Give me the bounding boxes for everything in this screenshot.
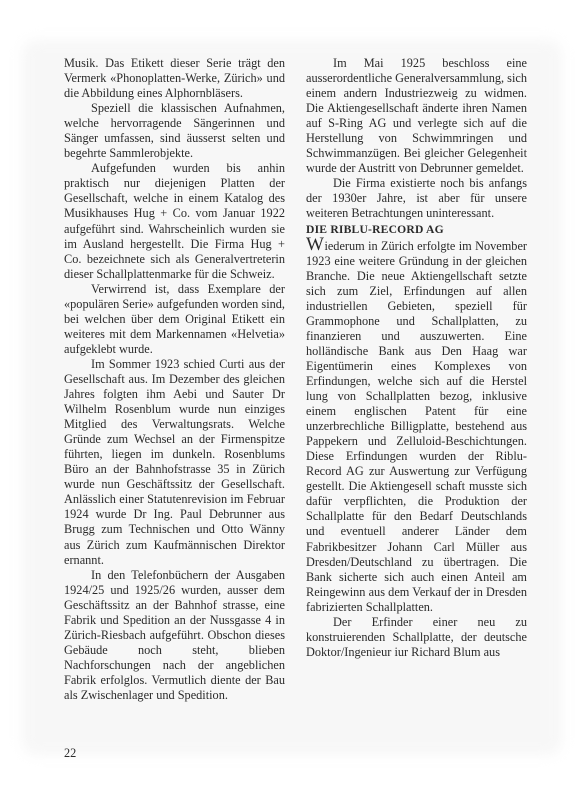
paragraph: In den Telefonbüchern der Ausgaben 1924/… xyxy=(64,568,285,703)
paragraph: Im Sommer 1923 schied Curti aus der Gese… xyxy=(64,357,285,568)
section-heading: DIE RIBLU-RECORD AG xyxy=(306,222,527,237)
paragraph: Aufgefunden wurden bis anhin praktisch n… xyxy=(64,161,285,281)
paragraph: Im Mai 1925 beschloss eine ausserordentl… xyxy=(306,56,527,176)
paragraph: Musik. Das Etikett dieser Serie trägt de… xyxy=(64,56,285,101)
right-column: Im Mai 1925 beschloss eine ausserordentl… xyxy=(306,56,527,660)
paragraph-with-dropcap: Wiederum in Zürich erfolgte im November … xyxy=(306,237,527,615)
page-number: 22 xyxy=(64,746,76,761)
paragraph: Die Firma existierte noch bis anfangs de… xyxy=(306,176,527,221)
paragraph: Verwirrend ist, dass Exemplare der «popu… xyxy=(64,282,285,357)
paragraph: Speziell die klassischen Aufnahmen, welc… xyxy=(64,101,285,161)
paragraph-text: iederum in Zürich erfolgte im November 1… xyxy=(306,239,527,614)
left-column: Musik. Das Etikett dieser Serie trägt de… xyxy=(64,56,285,703)
paragraph: Der Erfinder einer neu zu konstruierende… xyxy=(306,615,527,660)
drop-cap-letter: W xyxy=(306,234,324,255)
book-page: Musik. Das Etikett dieser Serie trägt de… xyxy=(0,0,583,800)
